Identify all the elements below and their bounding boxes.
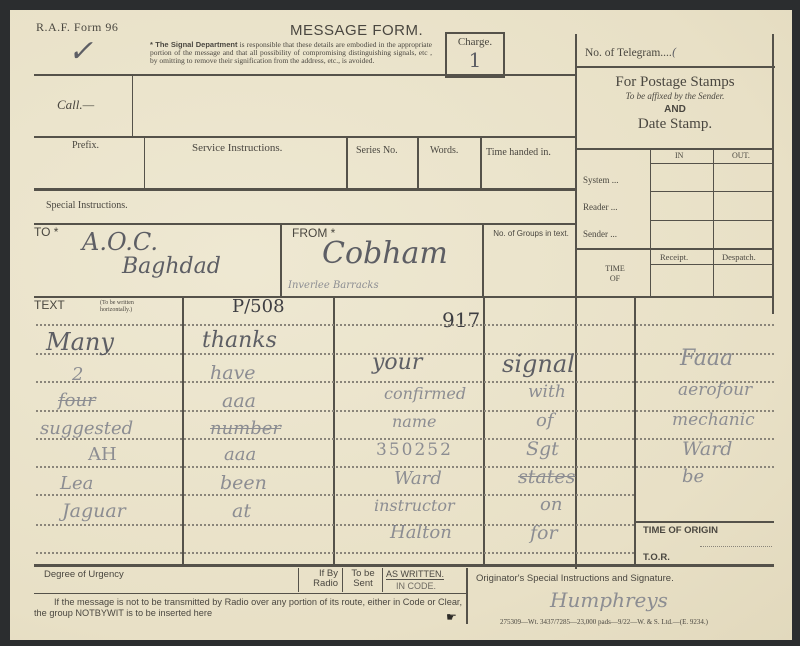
text-cell[interactable]: Faaa	[680, 346, 733, 371]
system-label: System ...	[583, 175, 619, 185]
text-cell[interactable]: Ward	[394, 468, 442, 489]
postage-subtitle: To be affixed by the Sender.	[577, 91, 773, 101]
reader-label: Reader ...	[583, 202, 617, 212]
charge-box[interactable]: Charge. 1	[445, 32, 505, 78]
text-cell[interactable]: have	[210, 362, 256, 384]
postage-title: For Postage Stamps	[577, 74, 773, 91]
text-cell[interactable]: your	[372, 350, 422, 375]
text-cell[interactable]: at	[232, 500, 251, 522]
time-of-label: TIME OF	[595, 264, 635, 284]
notbywit-note: If the message is not to be transmitted …	[34, 597, 470, 619]
to-value-line1[interactable]: A.O.C.	[82, 228, 158, 256]
text-cell[interactable]: Sgt	[526, 438, 559, 460]
call-field[interactable]	[134, 76, 574, 134]
service-instructions-header: Service Instructions.	[192, 142, 282, 154]
text-cell[interactable]: aaa	[222, 390, 256, 412]
if-by-radio-label: If By Radio	[302, 569, 338, 589]
text-label: TEXT	[34, 298, 65, 312]
from-sub-value: Inverlee Barracks	[288, 280, 379, 291]
to-value-line2[interactable]: Baghdad	[122, 254, 221, 279]
out-header: OUT.	[732, 152, 750, 160]
text-cell[interactable]: Ward	[682, 438, 732, 460]
tor-label: T.O.R.	[643, 552, 670, 563]
text-cell[interactable]: aerofour	[678, 380, 752, 400]
sender-label: Sender ...	[583, 229, 617, 239]
reference-number-2: 917	[442, 308, 480, 332]
charge-value: 1	[447, 48, 503, 72]
text-cell[interactable]: for	[530, 522, 558, 544]
text-cell[interactable]: four	[58, 390, 96, 411]
text-cell[interactable]: Many	[46, 328, 114, 356]
urgency-label: Degree of Urgency	[44, 569, 124, 580]
text-cell[interactable]: Lea	[60, 473, 93, 494]
text-cell[interactable]: suggested	[40, 418, 133, 439]
series-no-header: Series No.	[356, 145, 398, 156]
despatch-header: Despatch.	[722, 252, 756, 262]
text-cell[interactable]: be	[682, 466, 704, 487]
text-cell[interactable]: of	[536, 410, 554, 431]
postage-and: AND	[577, 104, 773, 115]
form-title: MESSAGE FORM.	[290, 22, 423, 39]
printer-line: 275309—Wt. 3437/7285—23,000 pads—9/22—W.…	[500, 618, 708, 626]
from-value[interactable]: Cobham	[322, 236, 448, 271]
postage-stamp-area: For Postage Stamps To be affixed by the …	[577, 74, 773, 133]
telegram-value: (	[672, 45, 677, 59]
text-cell[interactable]: aaa	[224, 444, 256, 465]
words-header: Words.	[430, 145, 458, 156]
form-number: R.A.F. Form 96	[36, 20, 118, 35]
text-cell[interactable]: on	[540, 494, 562, 515]
of-label: OF	[595, 274, 635, 284]
text-cell[interactable]: instructor	[374, 496, 455, 515]
text-cell[interactable]: been	[220, 472, 267, 494]
pointing-hand-icon: ☛	[446, 610, 457, 625]
text-cell[interactable]: signal	[502, 350, 575, 378]
prefix-header: Prefix.	[72, 140, 99, 151]
date-stamp-label: Date Stamp.	[577, 116, 773, 133]
time-label: TIME	[595, 264, 635, 274]
text-cell[interactable]: Jaguar	[62, 500, 126, 522]
raf-message-form: R.A.F. Form 96 ✓ MESSAGE FORM. * The Sig…	[10, 10, 792, 640]
text-cell[interactable]: confirmed	[384, 384, 466, 403]
time-handed-in-header: Time handed in.	[486, 147, 551, 158]
in-code-option[interactable]: IN CODE.	[396, 581, 436, 591]
text-cell[interactable]: thanks	[202, 328, 277, 353]
text-note: (To be written horizontally.)	[100, 300, 160, 313]
signal-notice: * The Signal Department is responsible t…	[150, 41, 432, 65]
text-cell[interactable]: 350252	[376, 440, 453, 460]
text-cell[interactable]: mechanic	[672, 410, 755, 430]
reference-number-1: P/508	[232, 296, 285, 317]
in-header: IN	[675, 152, 683, 160]
as-written-option[interactable]: AS WRITTEN.	[386, 569, 444, 580]
time-of-origin-label: TIME OF ORIGIN	[643, 526, 763, 536]
receipt-header: Receipt.	[660, 252, 688, 262]
text-cell[interactable]: states	[518, 466, 575, 488]
text-cell[interactable]: Halton	[390, 522, 452, 543]
call-label: Call.—	[57, 97, 94, 113]
special-instructions-label: Special Instructions.	[46, 200, 128, 211]
text-cell[interactable]: number	[210, 418, 281, 439]
to-label: TO *	[34, 225, 58, 239]
groups-label: No. of Groups in text.	[486, 229, 576, 238]
signature: Humphreys	[550, 588, 668, 612]
text-cell[interactable]: AH	[88, 444, 117, 465]
text-cell[interactable]: name	[392, 412, 436, 431]
to-be-sent-label: To be Sent	[346, 569, 380, 589]
telegram-number-field[interactable]: No. of Telegram....(	[585, 45, 676, 59]
telegram-label: No. of Telegram....	[585, 47, 672, 59]
text-cell[interactable]: 2	[72, 364, 83, 385]
text-cell[interactable]: with	[528, 382, 566, 402]
charge-label: Charge.	[447, 36, 503, 48]
originator-label: Originator's Special Instructions and Si…	[476, 573, 674, 584]
checkmark-icon: ✓	[68, 34, 93, 69]
